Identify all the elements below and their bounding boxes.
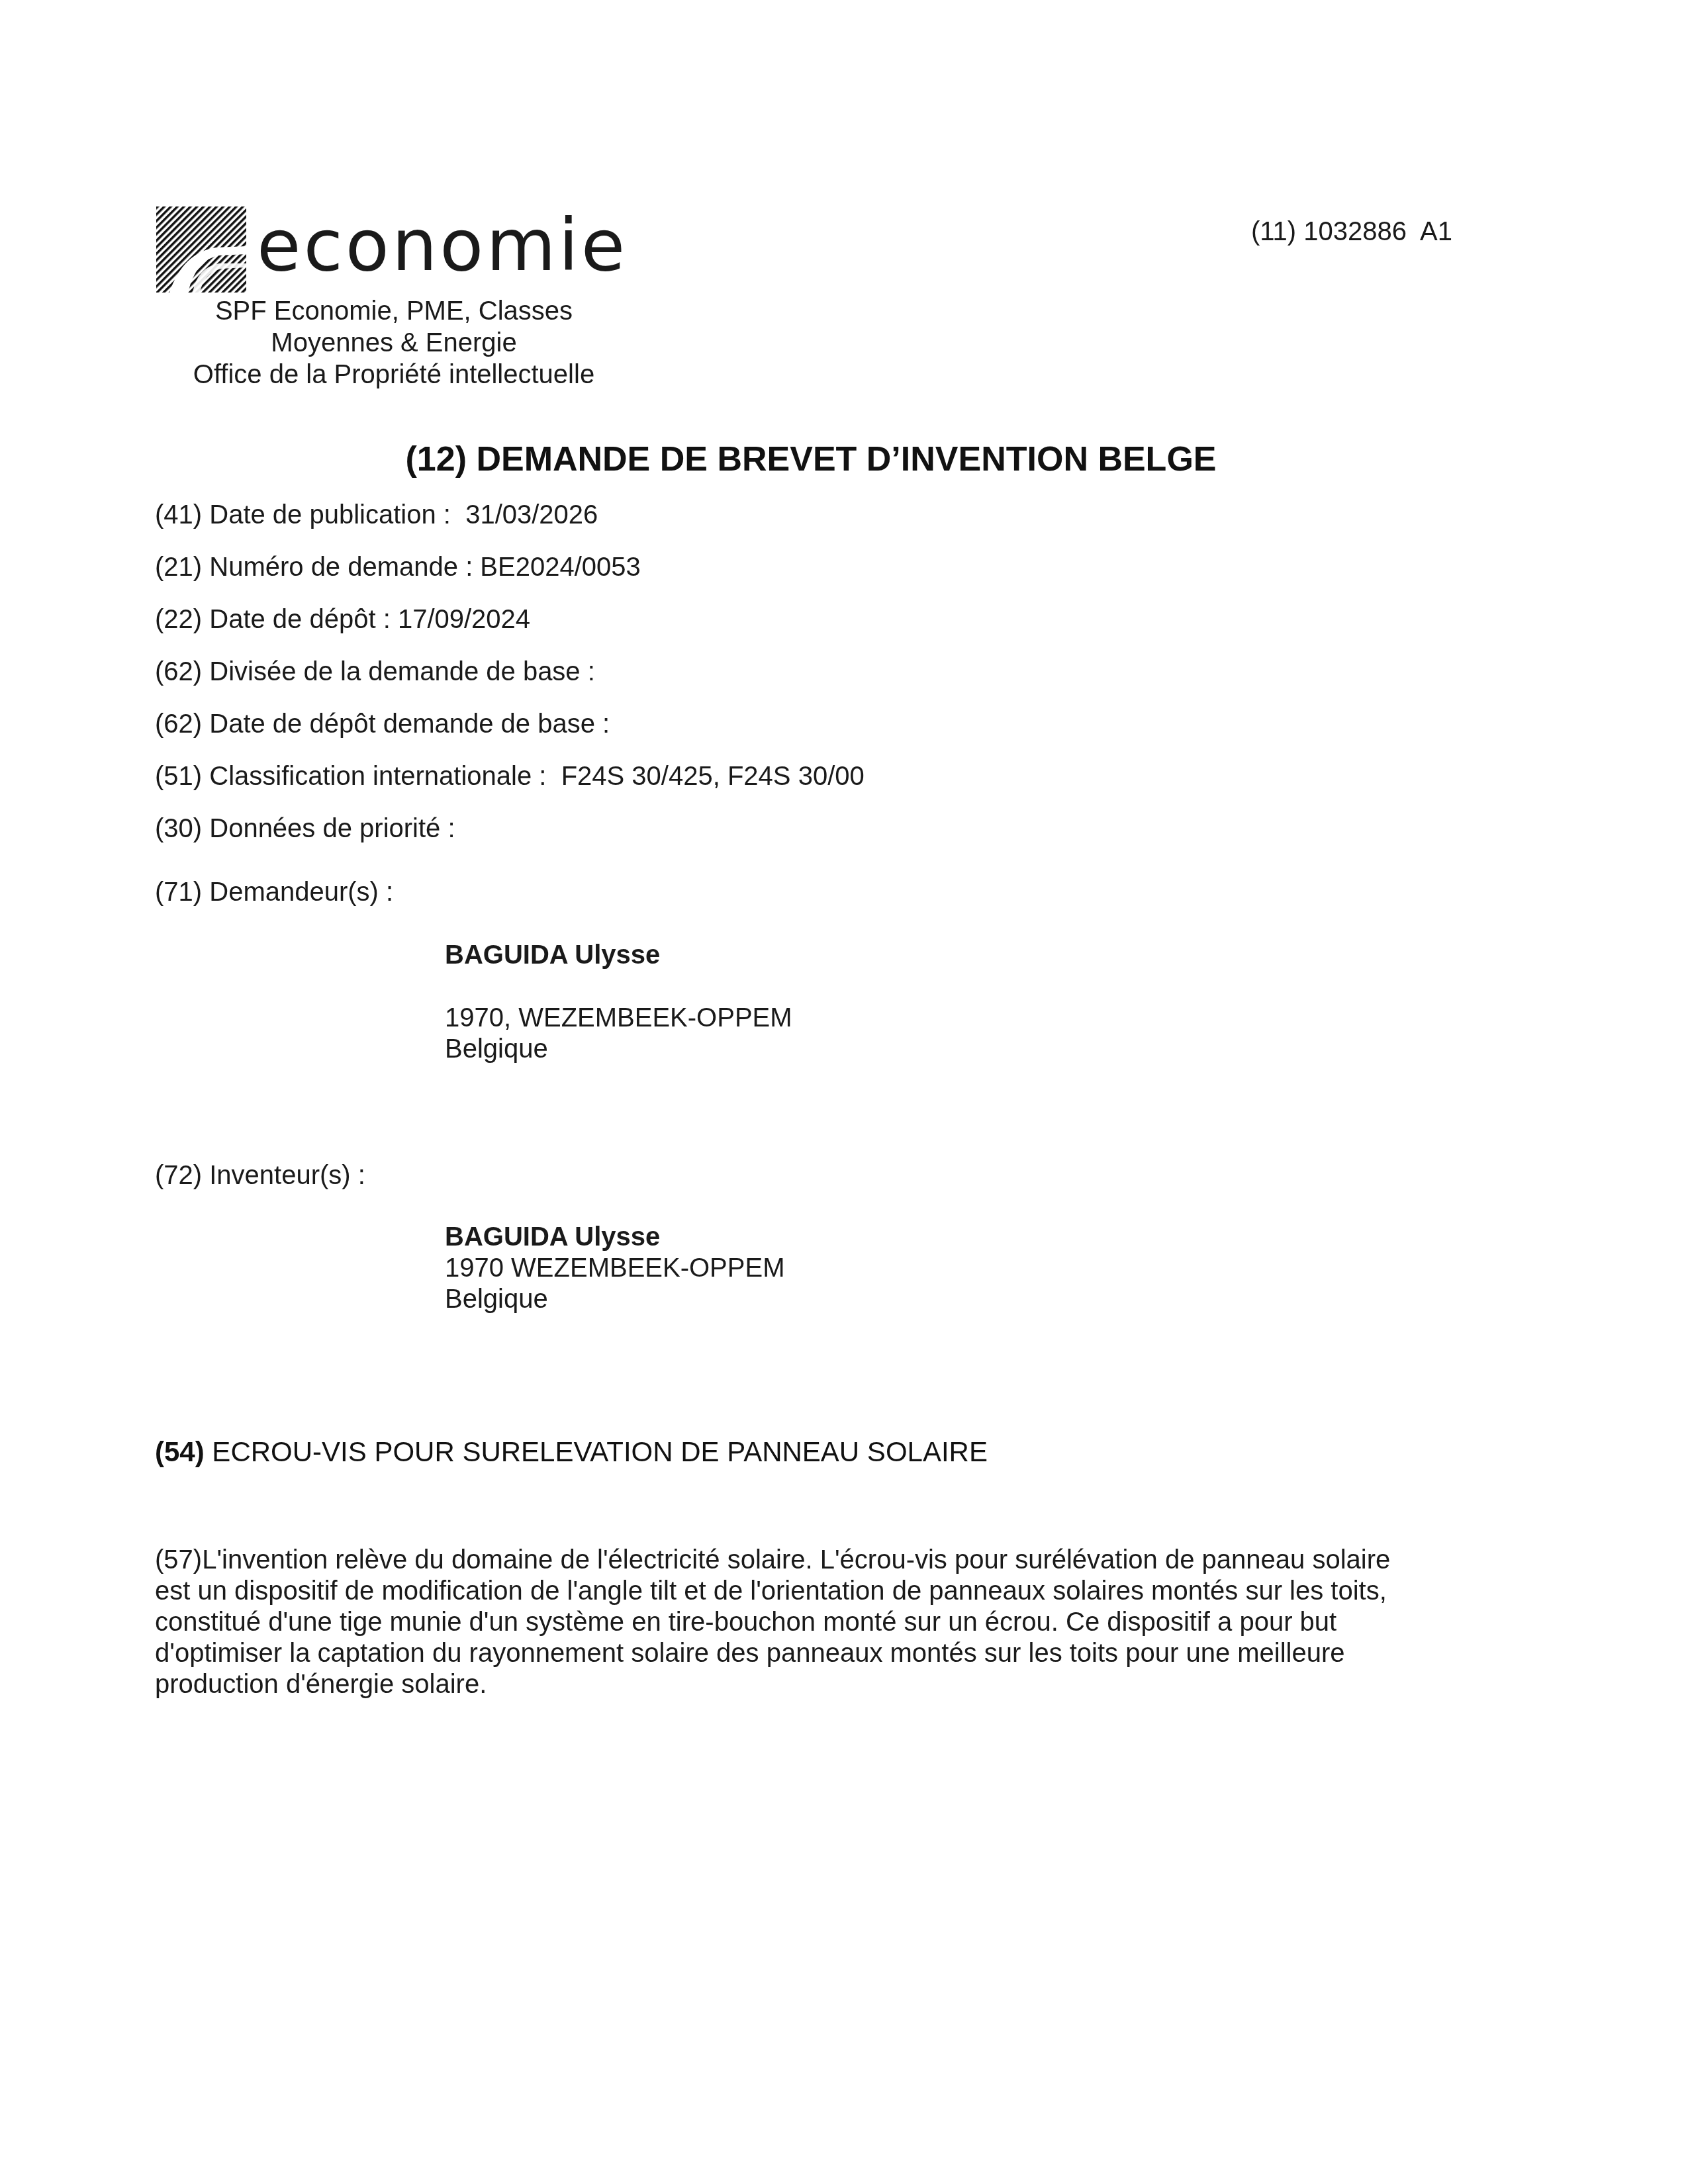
inventor-address: 1970 WEZEMBEEK-OPPEM — [445, 1253, 784, 1284]
publication-reference: (11) 1032886 A1 — [1251, 217, 1452, 247]
inventors-label: (72) Inventeur(s) : — [155, 1161, 365, 1191]
office-line-1: SPF Economie, PME, Classes — [159, 295, 629, 327]
field-filing-date: (22) Date de dépôt : 17/09/2024 — [155, 605, 530, 635]
office-line-3: Office de la Propriété intellectuelle — [159, 359, 629, 390]
applicants-label: (71) Demandeur(s) : — [155, 878, 393, 907]
office-name: SPF Economie, PME, Classes Moyennes & En… — [159, 295, 629, 390]
field-priority-data: (30) Données de priorité : — [155, 814, 455, 844]
abstract-line: est un dispositif de modification de l'a… — [155, 1576, 1466, 1607]
invention-title: (54) ECROU-VIS POUR SURELEVATION DE PANN… — [155, 1436, 988, 1468]
invention-title-code: (54) — [155, 1436, 205, 1467]
abstract-line: constitué d'une tige munie d'un système … — [155, 1607, 1466, 1638]
inventor-name: BAGUIDA Ulysse — [445, 1222, 784, 1253]
inventor-entry: BAGUIDA Ulysse 1970 WEZEMBEEK-OPPEM Belg… — [445, 1222, 784, 1315]
economie-logo-icon — [156, 206, 246, 293]
abstract-line: (57)L'invention relève du domaine de l'é… — [155, 1545, 1466, 1576]
field-base-filing-date: (62) Date de dépôt demande de base : — [155, 709, 610, 739]
office-line-2: Moyennes & Energie — [159, 327, 629, 359]
applicant-name: BAGUIDA Ulysse — [445, 940, 792, 971]
field-application-number: (21) Numéro de demande : BE2024/0053 — [155, 553, 641, 582]
document-title: (12) DEMANDE DE BREVET D’INVENTION BELGE — [0, 439, 1622, 479]
abstract: (57)L'invention relève du domaine de l'é… — [155, 1545, 1466, 1700]
invention-title-text: ECROU-VIS POUR SURELEVATION DE PANNEAU S… — [205, 1436, 988, 1467]
field-divided-from: (62) Divisée de la demande de base : — [155, 657, 595, 687]
abstract-line: production d'énergie solaire. — [155, 1669, 1466, 1700]
applicant-entry: BAGUIDA Ulysse 1970, WEZEMBEEK-OPPEM Bel… — [445, 940, 792, 1065]
applicant-address: 1970, WEZEMBEEK-OPPEM — [445, 1003, 792, 1034]
field-classification: (51) Classification internationale : F24… — [155, 762, 865, 792]
inventor-country: Belgique — [445, 1284, 784, 1315]
applicant-country: Belgique — [445, 1034, 792, 1065]
field-publication-date: (41) Date de publication : 31/03/2026 — [155, 500, 598, 530]
abstract-line: d'optimiser la captation du rayonnement … — [155, 1638, 1466, 1669]
economie-wordmark: economie — [257, 210, 628, 282]
